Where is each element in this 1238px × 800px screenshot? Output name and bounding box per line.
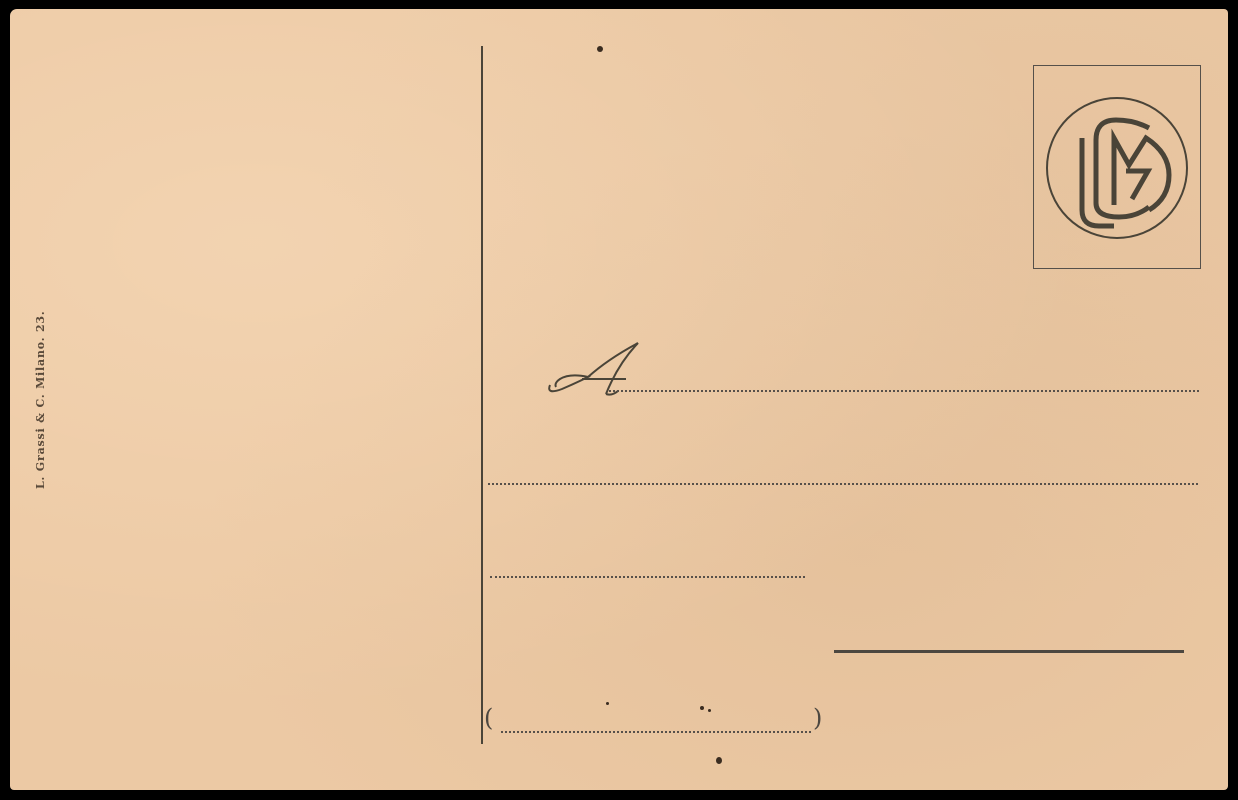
ink-speck [716, 757, 722, 764]
address-line-2 [488, 483, 1198, 485]
address-line-1 [609, 390, 1199, 392]
address-line-3 [490, 576, 805, 578]
province-line [501, 731, 811, 733]
address-underline [834, 650, 1184, 653]
monogram-logo-icon [1044, 95, 1190, 241]
printer-imprint: L. Grassi & C. Milano. 23. [34, 311, 47, 489]
ink-speck [708, 709, 711, 712]
vertical-divider [481, 46, 483, 744]
ink-speck [700, 706, 704, 710]
bracket-close: ) [813, 706, 822, 730]
postcard: L. Grassi & C. Milano. 23. A ( ) [10, 9, 1228, 790]
address-salutation: A [548, 339, 648, 404]
ink-speck [597, 46, 603, 52]
bracket-open: ( [484, 706, 493, 730]
ink-speck [606, 702, 609, 705]
stamp-box [1033, 65, 1201, 269]
